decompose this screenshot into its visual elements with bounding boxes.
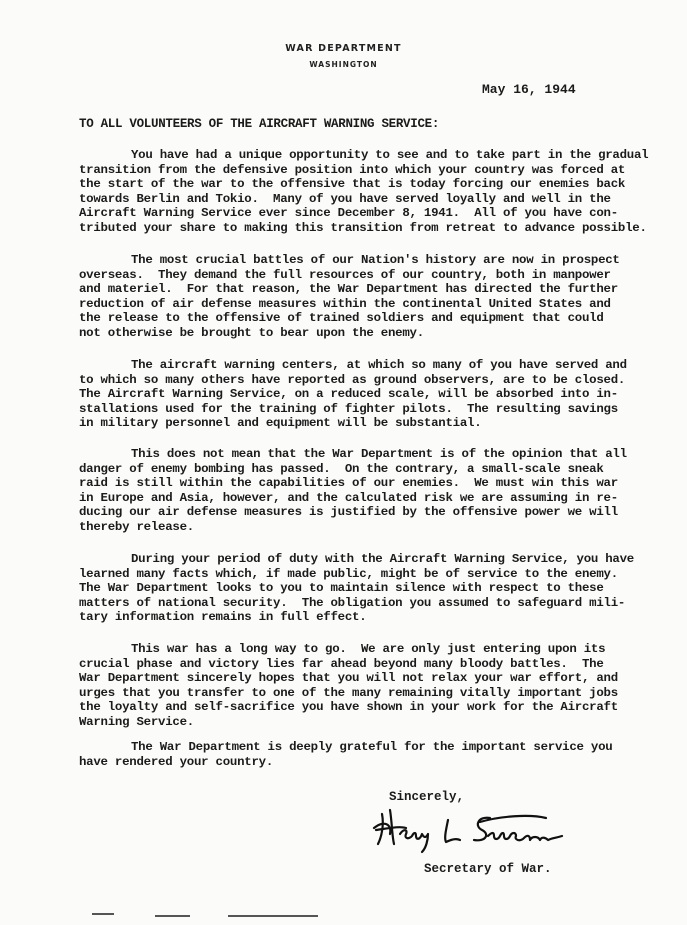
signature-icon (370, 806, 570, 858)
paragraph-line: This does not mean that the War Departme… (79, 447, 639, 462)
paragraph-line: The War Department is deeply grateful fo… (79, 740, 639, 755)
paragraph-line: to which so many others have reported as… (79, 373, 639, 388)
paragraph-line: tributed your share to making this trans… (79, 221, 639, 236)
paragraph-7: The War Department is deeply grateful fo… (79, 740, 639, 769)
paragraph-line: The Aircraft Warning Service, on a reduc… (79, 387, 639, 402)
paragraph-line: thereby release. (79, 520, 639, 535)
paragraph-line: War Department sincerely hopes that you … (79, 671, 639, 686)
paragraph-line: in Europe and Asia, however, and the cal… (79, 491, 639, 506)
paragraph-line: raid is still within the capabilities of… (79, 476, 639, 491)
paragraph-line: This war has a long way to go. We are on… (79, 642, 639, 657)
paragraph-line: crucial phase and victory lies far ahead… (79, 657, 639, 672)
paragraph-line: overseas. They demand the full resources… (79, 268, 639, 283)
footer-mark (92, 913, 114, 915)
paragraph-line: towards Berlin and Tokio. Many of you ha… (79, 192, 639, 207)
letterhead-organization: WAR DEPARTMENT (0, 43, 687, 54)
paragraph-line: tary information remains in full effect. (79, 610, 639, 625)
paragraph-line: and materiel. For that reason, the War D… (79, 282, 639, 297)
paragraph-line: The War Department looks to you to maint… (79, 581, 639, 596)
paragraph-line: not otherwise be brought to bear upon th… (79, 326, 639, 341)
paragraph-line: stallations used for the training of fig… (79, 402, 639, 417)
paragraph-line: ducing our air defense measures is justi… (79, 505, 639, 520)
paragraph-line: Aircraft Warning Service ever since Dece… (79, 206, 639, 221)
paragraph-line: During your period of duty with the Airc… (79, 552, 639, 567)
paragraph-line: The most crucial battles of our Nation's… (79, 253, 639, 268)
footer-mark (228, 915, 318, 917)
paragraph-line: learned many facts which, if made public… (79, 567, 639, 582)
paragraph-1: You have had a unique opportunity to see… (79, 148, 639, 236)
salutation: TO ALL VOLUNTEERS OF THE AIRCRAFT WARNIN… (79, 117, 439, 131)
paragraph-line: You have had a unique opportunity to see… (79, 148, 639, 163)
paragraph-line: the release to the offensive of trained … (79, 311, 639, 326)
paragraph-5: During your period of duty with the Airc… (79, 552, 639, 625)
paragraph-line: reduction of air defense measures within… (79, 297, 639, 312)
closing: Sincerely, (389, 790, 464, 804)
paragraph-line: danger of enemy bombing has passed. On t… (79, 462, 639, 477)
letter-date: May 16, 1944 (482, 82, 576, 97)
paragraph-line: urges that you transfer to one of the ma… (79, 686, 639, 701)
footer-mark (155, 915, 190, 917)
paragraph-6: This war has a long way to go. We are on… (79, 642, 639, 730)
signature (370, 806, 570, 858)
paragraph-line: transition from the defensive position i… (79, 163, 639, 178)
paragraph-line: The aircraft warning centers, at which s… (79, 358, 639, 373)
letterhead-city: WASHINGTON (0, 60, 687, 69)
signer-title: Secretary of War. (424, 862, 552, 876)
paragraph-line: Warning Service. (79, 715, 639, 730)
paragraph-2: The most crucial battles of our Nation's… (79, 253, 639, 341)
paragraph-3: The aircraft warning centers, at which s… (79, 358, 639, 431)
paragraph-line: matters of national security. The obliga… (79, 596, 639, 611)
paragraph-4: This does not mean that the War Departme… (79, 447, 639, 535)
paragraph-line: in military personnel and equipment will… (79, 416, 639, 431)
paragraph-line: the loyalty and self-sacrifice you have … (79, 700, 639, 715)
paragraph-line: the start of the war to the offensive th… (79, 177, 639, 192)
paragraph-line: have rendered your country. (79, 755, 639, 770)
